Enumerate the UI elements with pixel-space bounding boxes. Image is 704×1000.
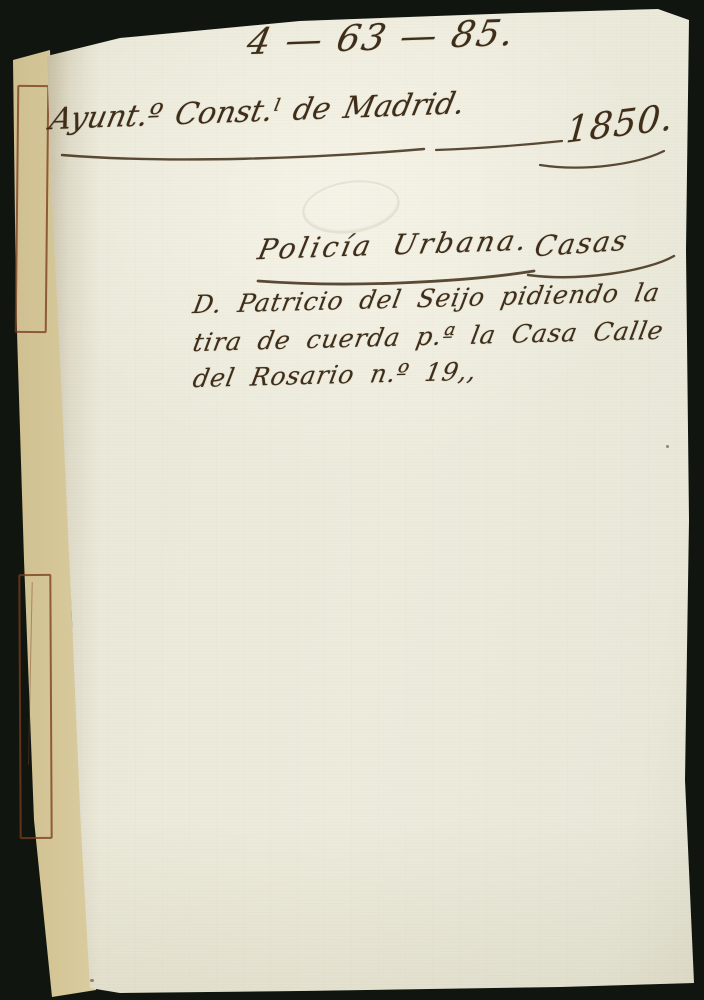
red-margin-box-top	[15, 85, 50, 333]
red-margin-box-bottom	[18, 574, 52, 839]
manuscript-sheet	[0, 0, 704, 1000]
section-category: Casas	[532, 223, 631, 263]
manuscript-scan: 4 — 63 — 85. Ayunt.º Const.ˡ de Madrid. …	[0, 0, 704, 1000]
ink-speck	[666, 445, 669, 448]
paper-texture	[0, 0, 704, 1000]
ink-speck	[90, 979, 94, 982]
